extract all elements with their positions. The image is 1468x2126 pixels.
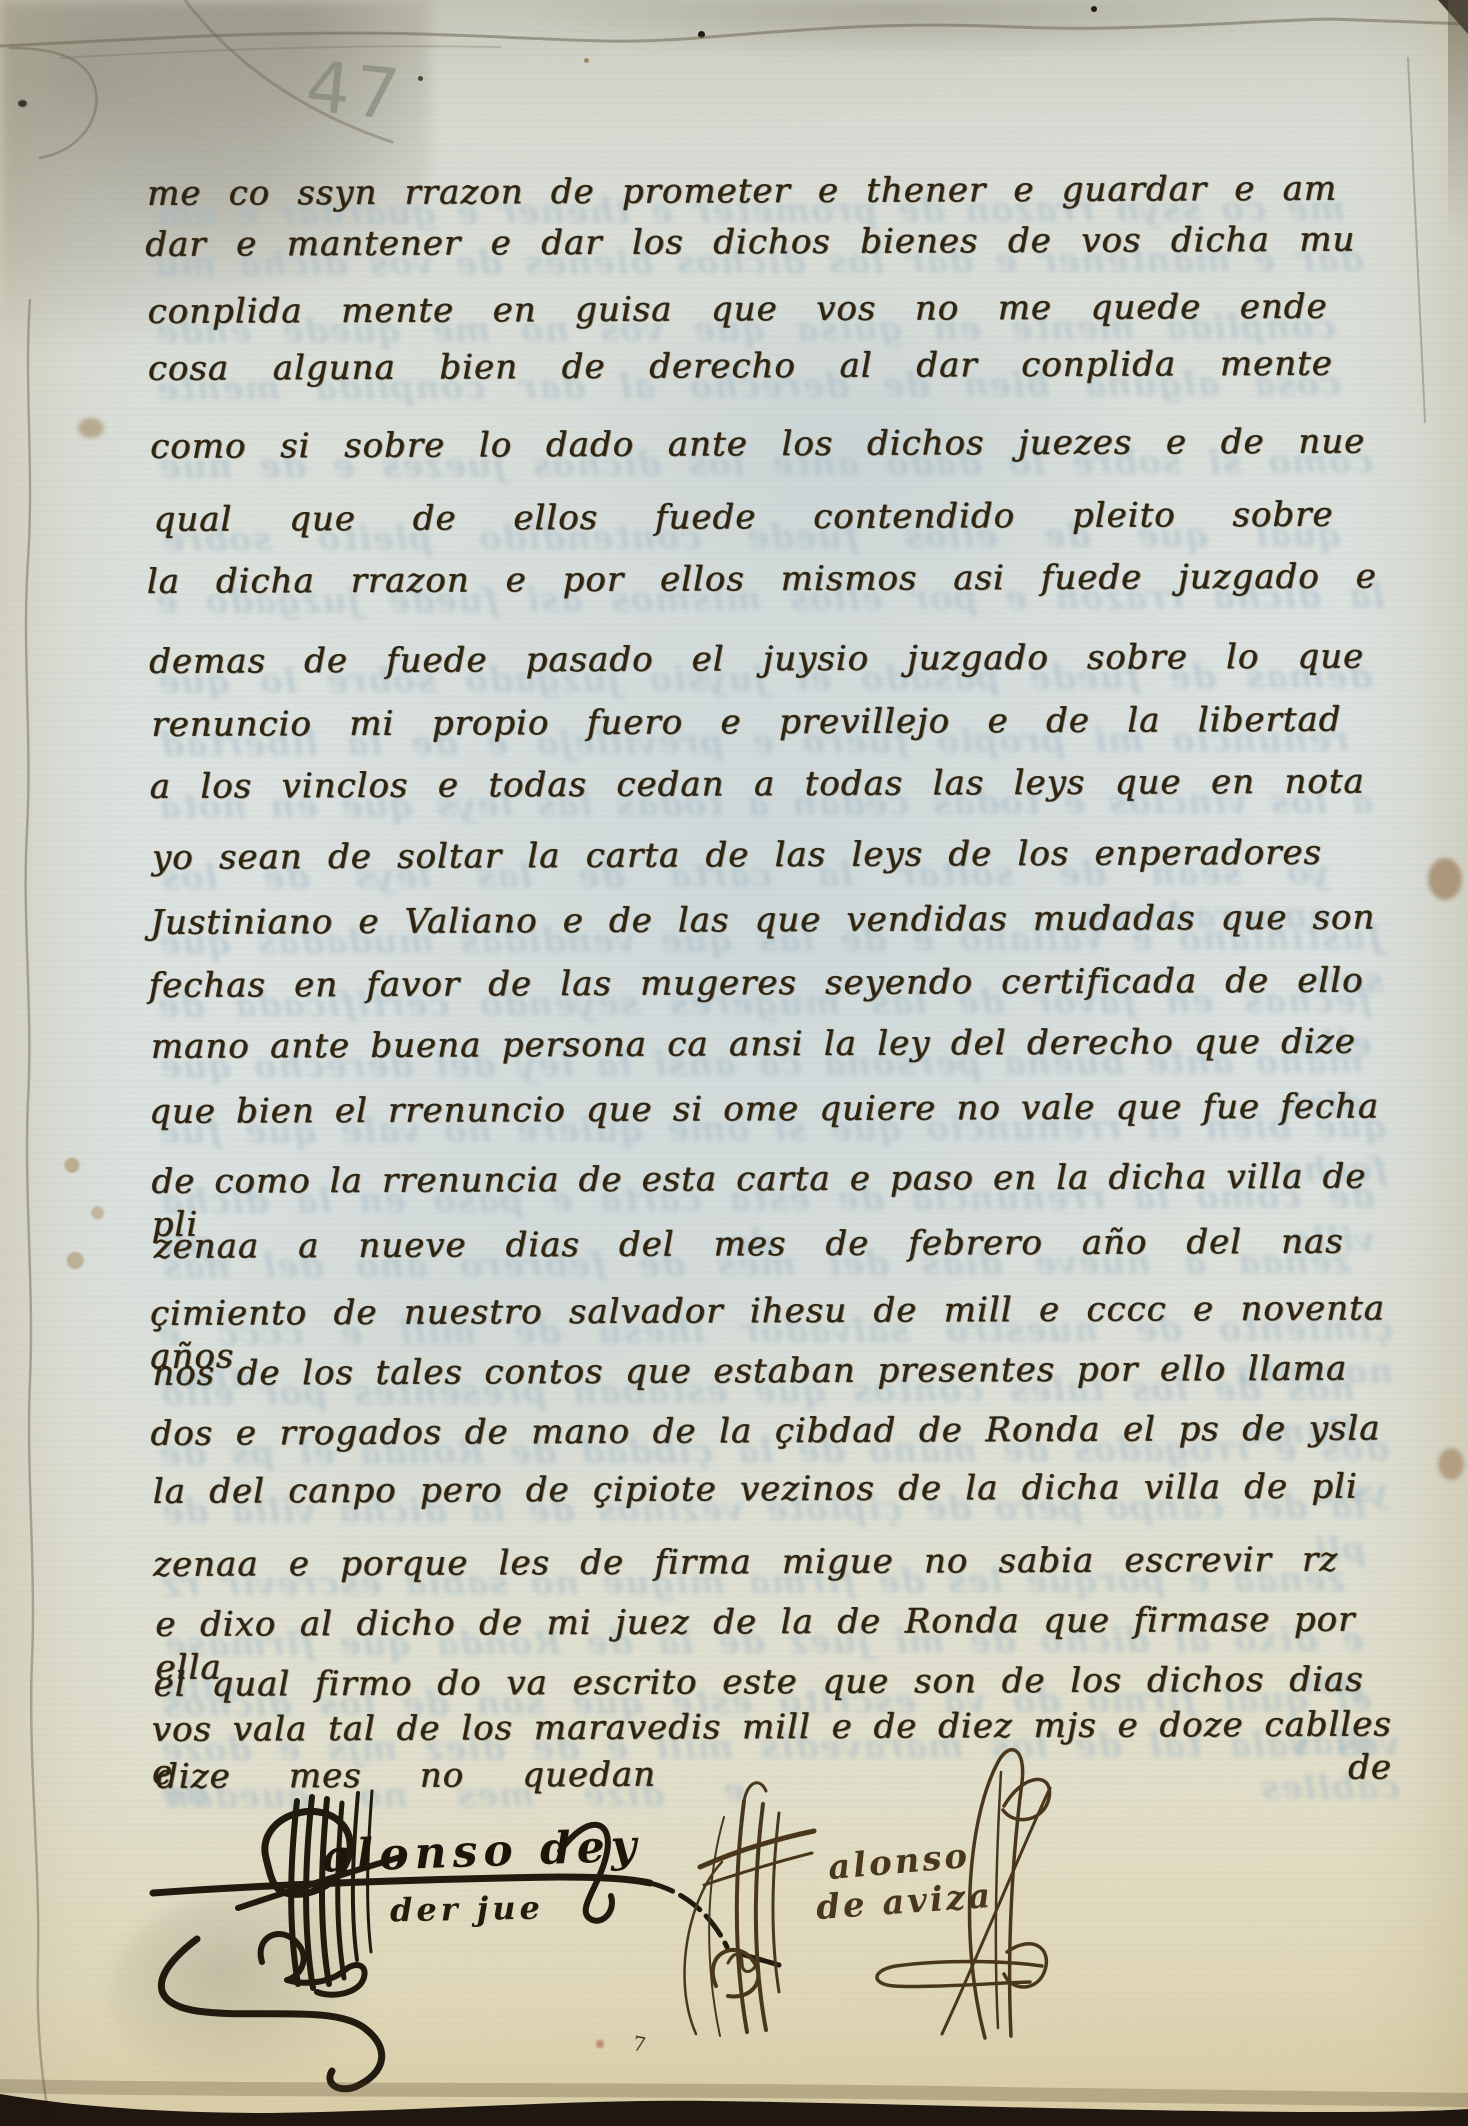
manuscript-line-2: dar e mantener e dar los dichos bienes d…	[145, 219, 1355, 267]
manuscript-line-21: la del canpo pero de çipiote vezinos de …	[153, 1466, 1358, 1514]
manuscript-line-6: qual que de ellos fuede contendido pleit…	[153, 494, 1333, 542]
manuscript-line-5: como si sobre lo dado ante los dichos ju…	[150, 421, 1365, 469]
manuscript-line-9: renuncio mi propio fuero e previllejo e …	[151, 699, 1341, 747]
manuscript-line-22: zenaa e porque les de firma migue no sab…	[153, 1539, 1338, 1587]
text-lines: me co ssyn rrazon de prometer e thener e…	[0, 0, 1468, 2126]
manuscript-line-20: dos e rrogados de mano de la çibdad de R…	[150, 1408, 1380, 1456]
manuscript-line-15: que bien el rrenuncio que si ome quiere …	[149, 1086, 1379, 1134]
manuscript-line-13: fechas en favor de las mugeres seyendo c…	[148, 960, 1363, 1008]
manuscript-line-24: el qual firmo do va escrito este que son…	[154, 1659, 1364, 1707]
manuscript-line-17: zenaa a nueve dias del mes de febrero añ…	[154, 1221, 1344, 1269]
manuscript-line-14: mano ante buena persona ca ansi la ley d…	[151, 1021, 1356, 1069]
manuscript-line-4: cosa alguna bien de derecho al dar conpl…	[148, 343, 1333, 391]
manuscript-line-8: demas de fuede pasado el juysio juzgado …	[149, 636, 1364, 684]
manuscript-line-11: yo sean de soltar la carta de las leys d…	[152, 832, 1322, 880]
manuscript-line-7: la dicha rrazon e por ellos mismos asi f…	[147, 556, 1377, 604]
manuscript-line-3: conplida mente en guisa que vos no me qu…	[148, 286, 1328, 334]
manuscript-line-26: dize mes no quedan	[156, 1754, 656, 1799]
manuscript-page: me co ssyn rrazon de prometer e thener e…	[0, 0, 1468, 2126]
manuscript-line-1: me co ssyn rrazon de prometer e thener e…	[147, 168, 1337, 216]
manuscript-line-10: a los vinclos e todas cedan a todas las …	[150, 761, 1365, 809]
manuscript-line-12: Justiniano e Valiano e de las que vendid…	[150, 897, 1375, 945]
manuscript-line-19: nos de los tales contos que estaban pres…	[152, 1348, 1347, 1396]
signature-left-title: der jue	[390, 1889, 545, 1930]
